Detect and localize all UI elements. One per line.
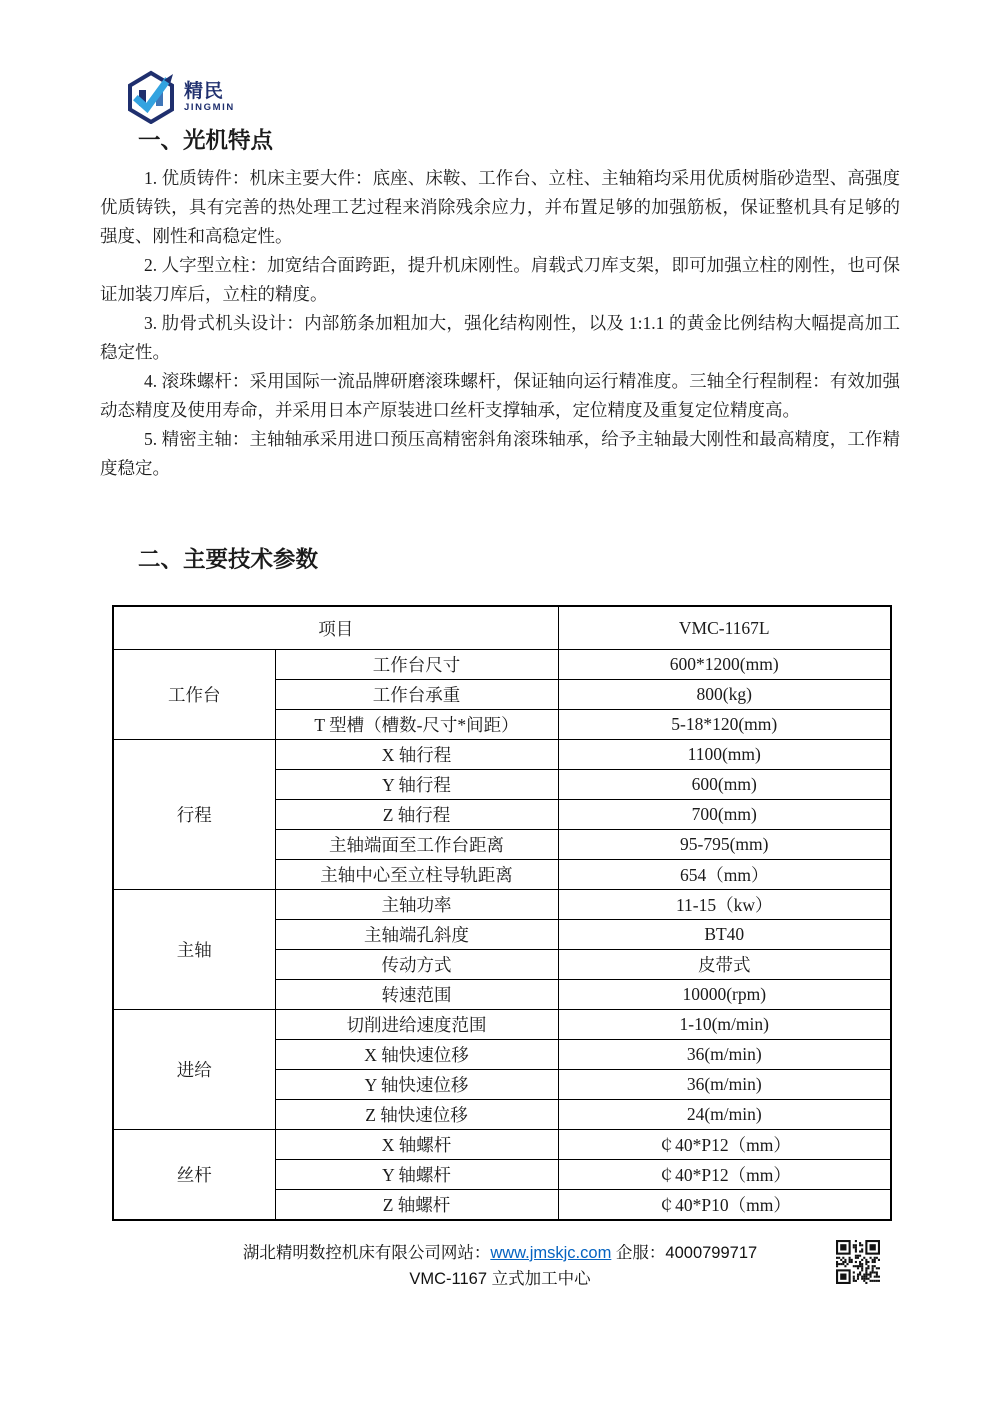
- param-cell: 工作台尺寸: [275, 650, 558, 680]
- website-link[interactable]: www.jmskjc.com: [490, 1244, 611, 1262]
- table-row: 主轴主轴功率11-15（kw）: [113, 890, 891, 920]
- value-cell: 654（mm）: [558, 860, 891, 890]
- param-cell: 主轴中心至立柱导轨距离: [275, 860, 558, 890]
- value-cell: 800(kg): [558, 680, 891, 710]
- footer-service-text: 企服：4000799717: [611, 1244, 757, 1262]
- value-cell: ￠40*P12（mm）: [558, 1160, 891, 1190]
- value-cell: 600(mm): [558, 770, 891, 800]
- value-cell: 36(m/min): [558, 1040, 891, 1070]
- param-cell: Z 轴螺杆: [275, 1190, 558, 1221]
- value-cell: 皮带式: [558, 950, 891, 980]
- page-footer: 湖北精明数控机床有限公司网站：www.jmskjc.com 企服：4000799…: [100, 1240, 900, 1292]
- header-model-cell: VMC-1167L: [558, 606, 891, 650]
- footer-company-text: 湖北精明数控机床有限公司网站：: [243, 1244, 491, 1262]
- param-cell: X 轴快速位移: [275, 1040, 558, 1070]
- section1-heading: 一、光机特点: [138, 126, 900, 156]
- value-cell: 700(mm): [558, 800, 891, 830]
- table-row: 行程X 轴行程1100(mm): [113, 740, 891, 770]
- value-cell: 5-18*120(mm): [558, 710, 891, 740]
- feature-paragraph: 2. 人字型立柱：加宽结合面跨距，提升机床刚性。肩载式刀库支架，即可加强立柱的刚…: [100, 251, 900, 309]
- table-header-row: 项目 VMC-1167L: [113, 606, 891, 650]
- feature-paragraph: 5. 精密主轴：主轴轴承采用进口预压高精密斜角滚珠轴承，给予主轴最大刚性和最高精…: [100, 425, 900, 483]
- param-cell: T 型槽（槽数-尺寸*间距）: [275, 710, 558, 740]
- jingmin-logo-icon: [125, 70, 177, 124]
- value-cell: 11-15（kw）: [558, 890, 891, 920]
- param-cell: X 轴螺杆: [275, 1130, 558, 1160]
- header-item-cell: 项目: [113, 606, 558, 650]
- logo-text: 精民 JINGMIN: [184, 82, 235, 113]
- value-cell: ￠40*P10（mm）: [558, 1190, 891, 1221]
- value-cell: 1100(mm): [558, 740, 891, 770]
- param-cell: Z 轴行程: [275, 800, 558, 830]
- param-cell: 主轴端孔斜度: [275, 920, 558, 950]
- document-page: 精民 JINGMIN 一、光机特点 1. 优质铸件：机床主要大件：底座、床鞍、工…: [0, 0, 1000, 1414]
- value-cell: 1-10(m/min): [558, 1010, 891, 1040]
- param-cell: X 轴行程: [275, 740, 558, 770]
- table-row: 丝杆X 轴螺杆￠40*P12（mm）: [113, 1130, 891, 1160]
- value-cell: 24(m/min): [558, 1100, 891, 1130]
- feature-paragraph: 1. 优质铸件：机床主要大件：底座、床鞍、工作台、立柱、主轴箱均采用优质树脂砂造…: [100, 164, 900, 251]
- value-cell: 600*1200(mm): [558, 650, 891, 680]
- spec-table-body: 工作台工作台尺寸600*1200(mm)工作台承重800(kg)T 型槽（槽数-…: [113, 650, 891, 1221]
- group-cell: 主轴: [113, 890, 275, 1010]
- brand-name-en: JINGMIN: [184, 103, 235, 113]
- qr-code-icon: [836, 1240, 880, 1284]
- footer-contact-line: 湖北精明数控机床有限公司网站：www.jmskjc.com 企服：4000799…: [100, 1240, 900, 1266]
- company-logo: 精民 JINGMIN: [125, 72, 900, 122]
- section2-heading: 二、主要技术参数: [138, 545, 900, 575]
- footer-product-title: VMC-1167 立式加工中心: [100, 1266, 900, 1292]
- value-cell: 10000(rpm): [558, 980, 891, 1010]
- value-cell: BT40: [558, 920, 891, 950]
- group-cell: 进给: [113, 1010, 275, 1130]
- param-cell: Y 轴行程: [275, 770, 558, 800]
- param-cell: 主轴端面至工作台距离: [275, 830, 558, 860]
- value-cell: 36(m/min): [558, 1070, 891, 1100]
- feature-paragraphs: 1. 优质铸件：机床主要大件：底座、床鞍、工作台、立柱、主轴箱均采用优质树脂砂造…: [100, 164, 900, 483]
- feature-paragraph: 3. 肋骨式机头设计：内部筋条加粗加大，强化结构刚性，以及 1:1.1 的黄金比…: [100, 309, 900, 367]
- table-row: 工作台工作台尺寸600*1200(mm): [113, 650, 891, 680]
- param-cell: 切削进给速度范围: [275, 1010, 558, 1040]
- brand-name-cn: 精民: [184, 82, 235, 101]
- value-cell: 95-795(mm): [558, 830, 891, 860]
- param-cell: 主轴功率: [275, 890, 558, 920]
- spec-table: 项目 VMC-1167L 工作台工作台尺寸600*1200(mm)工作台承重80…: [112, 605, 892, 1221]
- param-cell: Y 轴快速位移: [275, 1070, 558, 1100]
- param-cell: Y 轴螺杆: [275, 1160, 558, 1190]
- table-row: 进给切削进给速度范围1-10(m/min): [113, 1010, 891, 1040]
- param-cell: 转速范围: [275, 980, 558, 1010]
- group-cell: 行程: [113, 740, 275, 890]
- param-cell: 传动方式: [275, 950, 558, 980]
- value-cell: ￠40*P12（mm）: [558, 1130, 891, 1160]
- feature-paragraph: 4. 滚珠螺杆：采用国际一流品牌研磨滚珠螺杆，保证轴向运行精准度。三轴全行程制程…: [100, 367, 900, 425]
- param-cell: Z 轴快速位移: [275, 1100, 558, 1130]
- group-cell: 丝杆: [113, 1130, 275, 1221]
- param-cell: 工作台承重: [275, 680, 558, 710]
- group-cell: 工作台: [113, 650, 275, 740]
